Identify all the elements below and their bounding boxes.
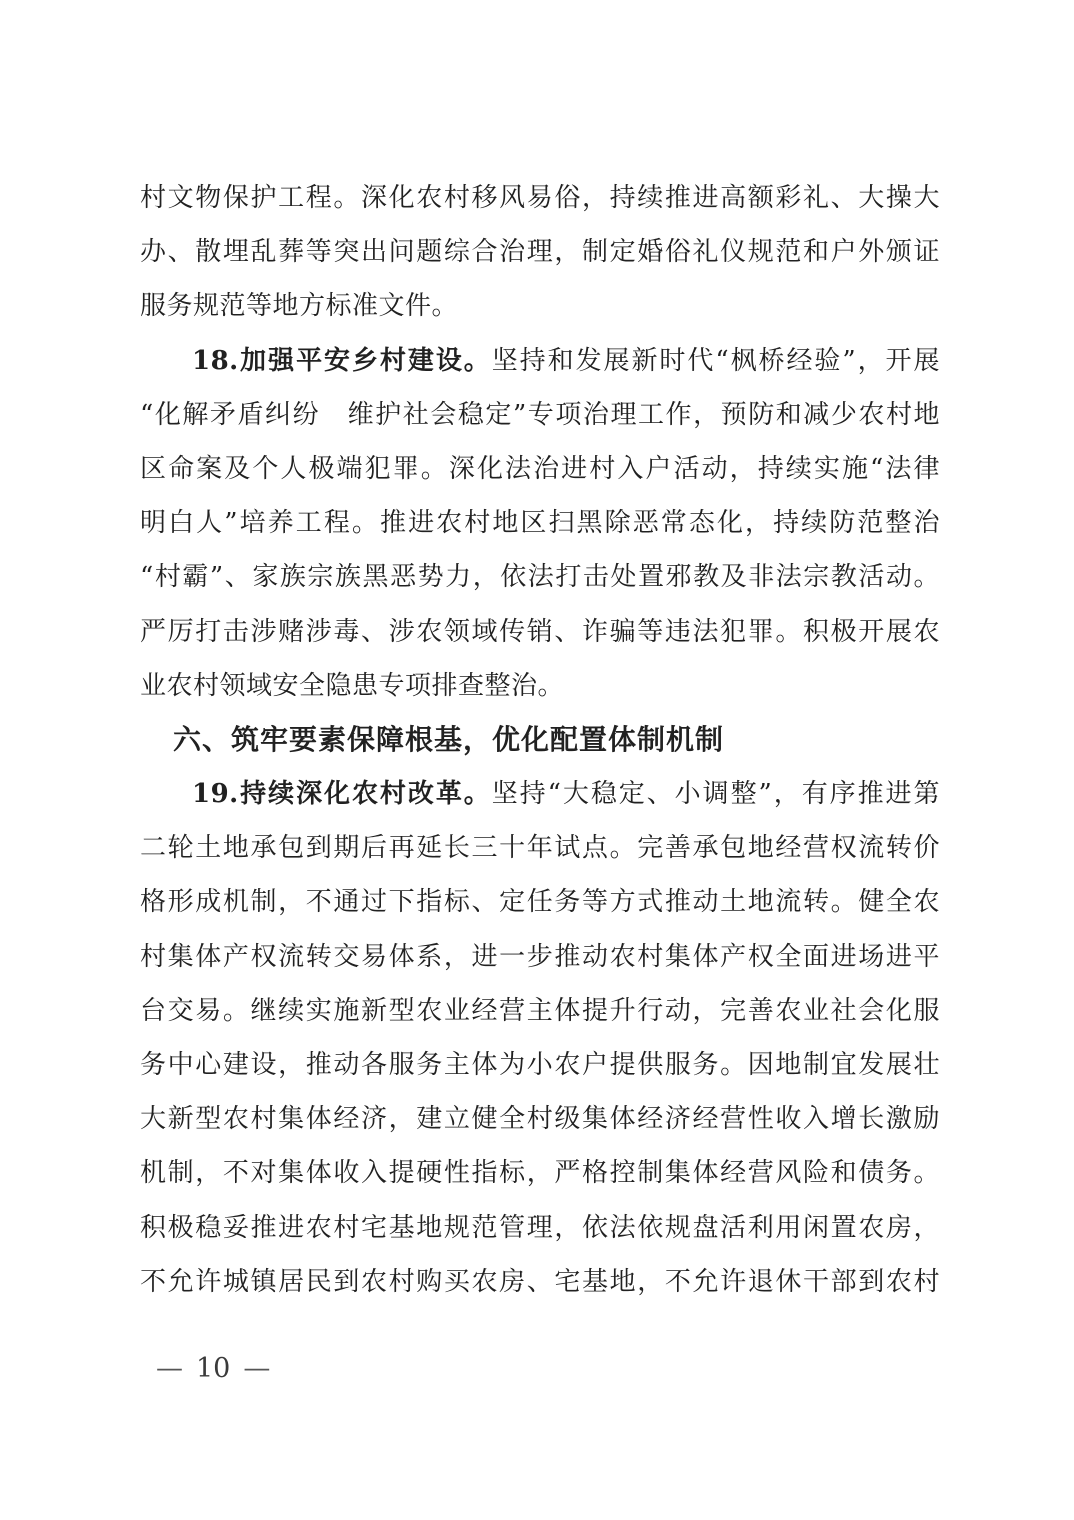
text-line: 务中心建设，推动各服务主体为小农户提供服务。因地制宜发展壮 [140, 1038, 940, 1092]
text-segment: 格形成机制，不通过下指标、定任务等方式推动土地流转。健全农 [140, 887, 940, 917]
text-line: 格形成机制，不通过下指标、定任务等方式推动土地流转。健全农 [140, 875, 940, 929]
text-segment: 坚持“大稳定、小调整”，有序推进第 [492, 779, 940, 809]
text-segment: 村集体产权流转交易体系，进一步推动农村集体产权全面进场进平 [140, 942, 940, 972]
text-line: “村霸”、家族宗族黑恶势力，依法打击处置邪教及非法宗教活动。 [140, 550, 940, 604]
section-heading: 六、筑牢要素保障根基，优化配置体制机制 [140, 713, 940, 767]
text-segment: 明白人”培养工程。推进农村地区扫黑除恶常态化，持续防范整治 [140, 508, 940, 538]
text-segment: 服务规范等地方标准文件。 [140, 291, 458, 321]
text-line: 业农村领域安全隐患专项排查整治。 [140, 659, 940, 713]
text-segment: 区命案及个人极端犯罪。深化法治进村入户活动，持续实施“法律 [140, 454, 940, 484]
text-segment: 务中心建设，推动各服务主体为小农户提供服务。因地制宜发展壮 [140, 1050, 940, 1080]
paragraph-number-lead: 18.加强平安乡村建设。 [192, 346, 492, 376]
text-line: 大新型农村集体经济，建立健全村级集体经济经营性收入增长激励 [140, 1092, 940, 1146]
text-segment: 不允许城镇居民到农村购买农房、宅基地，不允许退休干部到农村 [140, 1267, 940, 1297]
text-line: 积极稳妥推进农村宅基地规范管理，依法依规盘活利用闲置农房， [140, 1201, 940, 1255]
text-line: 服务规范等地方标准文件。 [140, 279, 940, 333]
text-line: 台交易。继续实施新型农业经营主体提升行动，完善农业社会化服 [140, 984, 940, 1038]
text-line: 19.持续深化农村改革。坚持“大稳定、小调整”，有序推进第 [140, 767, 940, 821]
document-body: 村文物保护工程。深化农村移风易俗，持续推进高额彩礼、大操大办、散埋乱葬等突出问题… [140, 171, 940, 1309]
text-segment: 村文物保护工程。深化农村移风易俗，持续推进高额彩礼、大操大 [140, 183, 940, 213]
text-line: 机制，不对集体收入提硬性指标，严格控制集体经营风险和债务。 [140, 1146, 940, 1200]
text-line: 区命案及个人极端犯罪。深化法治进村入户活动，持续实施“法律 [140, 442, 940, 496]
text-segment: 机制，不对集体收入提硬性指标，严格控制集体经营风险和债务。 [140, 1158, 940, 1188]
text-segment: 积极稳妥推进农村宅基地规范管理，依法依规盘活利用闲置农房， [140, 1213, 940, 1243]
text-line: 明白人”培养工程。推进农村地区扫黑除恶常态化，持续防范整治 [140, 496, 940, 550]
text-segment: 办、散埋乱葬等突出问题综合治理，制定婚俗礼仪规范和户外颁证 [140, 237, 940, 267]
paragraph-number-lead: 19.持续深化农村改革。 [192, 779, 492, 809]
text-line: 村集体产权流转交易体系，进一步推动农村集体产权全面进场进平 [140, 930, 940, 984]
footer-dash-right: — [243, 1353, 270, 1384]
text-line: 二轮土地承包到期后再延长三十年试点。完善承包地经营权流转价 [140, 821, 940, 875]
text-line: “化解矛盾纠纷 维护社会稳定”专项治理工作，预防和减少农村地 [140, 388, 940, 442]
text-segment: 严厉打击涉赌涉毒、涉农领域传销、诈骗等违法犯罪。积极开展农 [140, 617, 940, 647]
text-segment: 二轮土地承包到期后再延长三十年试点。完善承包地经营权流转价 [140, 833, 940, 863]
text-segment: 台交易。继续实施新型农业经营主体提升行动，完善农业社会化服 [140, 996, 940, 1026]
text-line: 18.加强平安乡村建设。坚持和发展新时代“枫桥经验”，开展 [140, 334, 940, 388]
page-footer: — 10 — [156, 1352, 270, 1384]
text-line: 严厉打击涉赌涉毒、涉农领域传销、诈骗等违法犯罪。积极开展农 [140, 605, 940, 659]
text-segment: 大新型农村集体经济，建立健全村级集体经济经营性收入增长激励 [140, 1104, 940, 1134]
text-line: 办、散埋乱葬等突出问题综合治理，制定婚俗礼仪规范和户外颁证 [140, 225, 940, 279]
text-line: 不允许城镇居民到农村购买农房、宅基地，不允许退休干部到农村 [140, 1255, 940, 1309]
text-segment: 业农村领域安全隐患专项排查整治。 [140, 671, 564, 701]
document-page: 村文物保护工程。深化农村移风易俗，持续推进高额彩礼、大操大办、散埋乱葬等突出问题… [0, 0, 1074, 1520]
text-segment: “村霸”、家族宗族黑恶势力，依法打击处置邪教及非法宗教活动。 [140, 562, 940, 592]
text-line: 村文物保护工程。深化农村移风易俗，持续推进高额彩礼、大操大 [140, 171, 940, 225]
footer-page-number: 10 [196, 1353, 230, 1384]
footer-dash-left: — [156, 1353, 183, 1384]
text-segment: 六、筑牢要素保障根基，优化配置体制机制 [173, 723, 724, 756]
text-segment: “化解矛盾纠纷 维护社会稳定”专项治理工作，预防和减少农村地 [140, 400, 940, 430]
text-segment: 坚持和发展新时代“枫桥经验”，开展 [492, 346, 940, 376]
